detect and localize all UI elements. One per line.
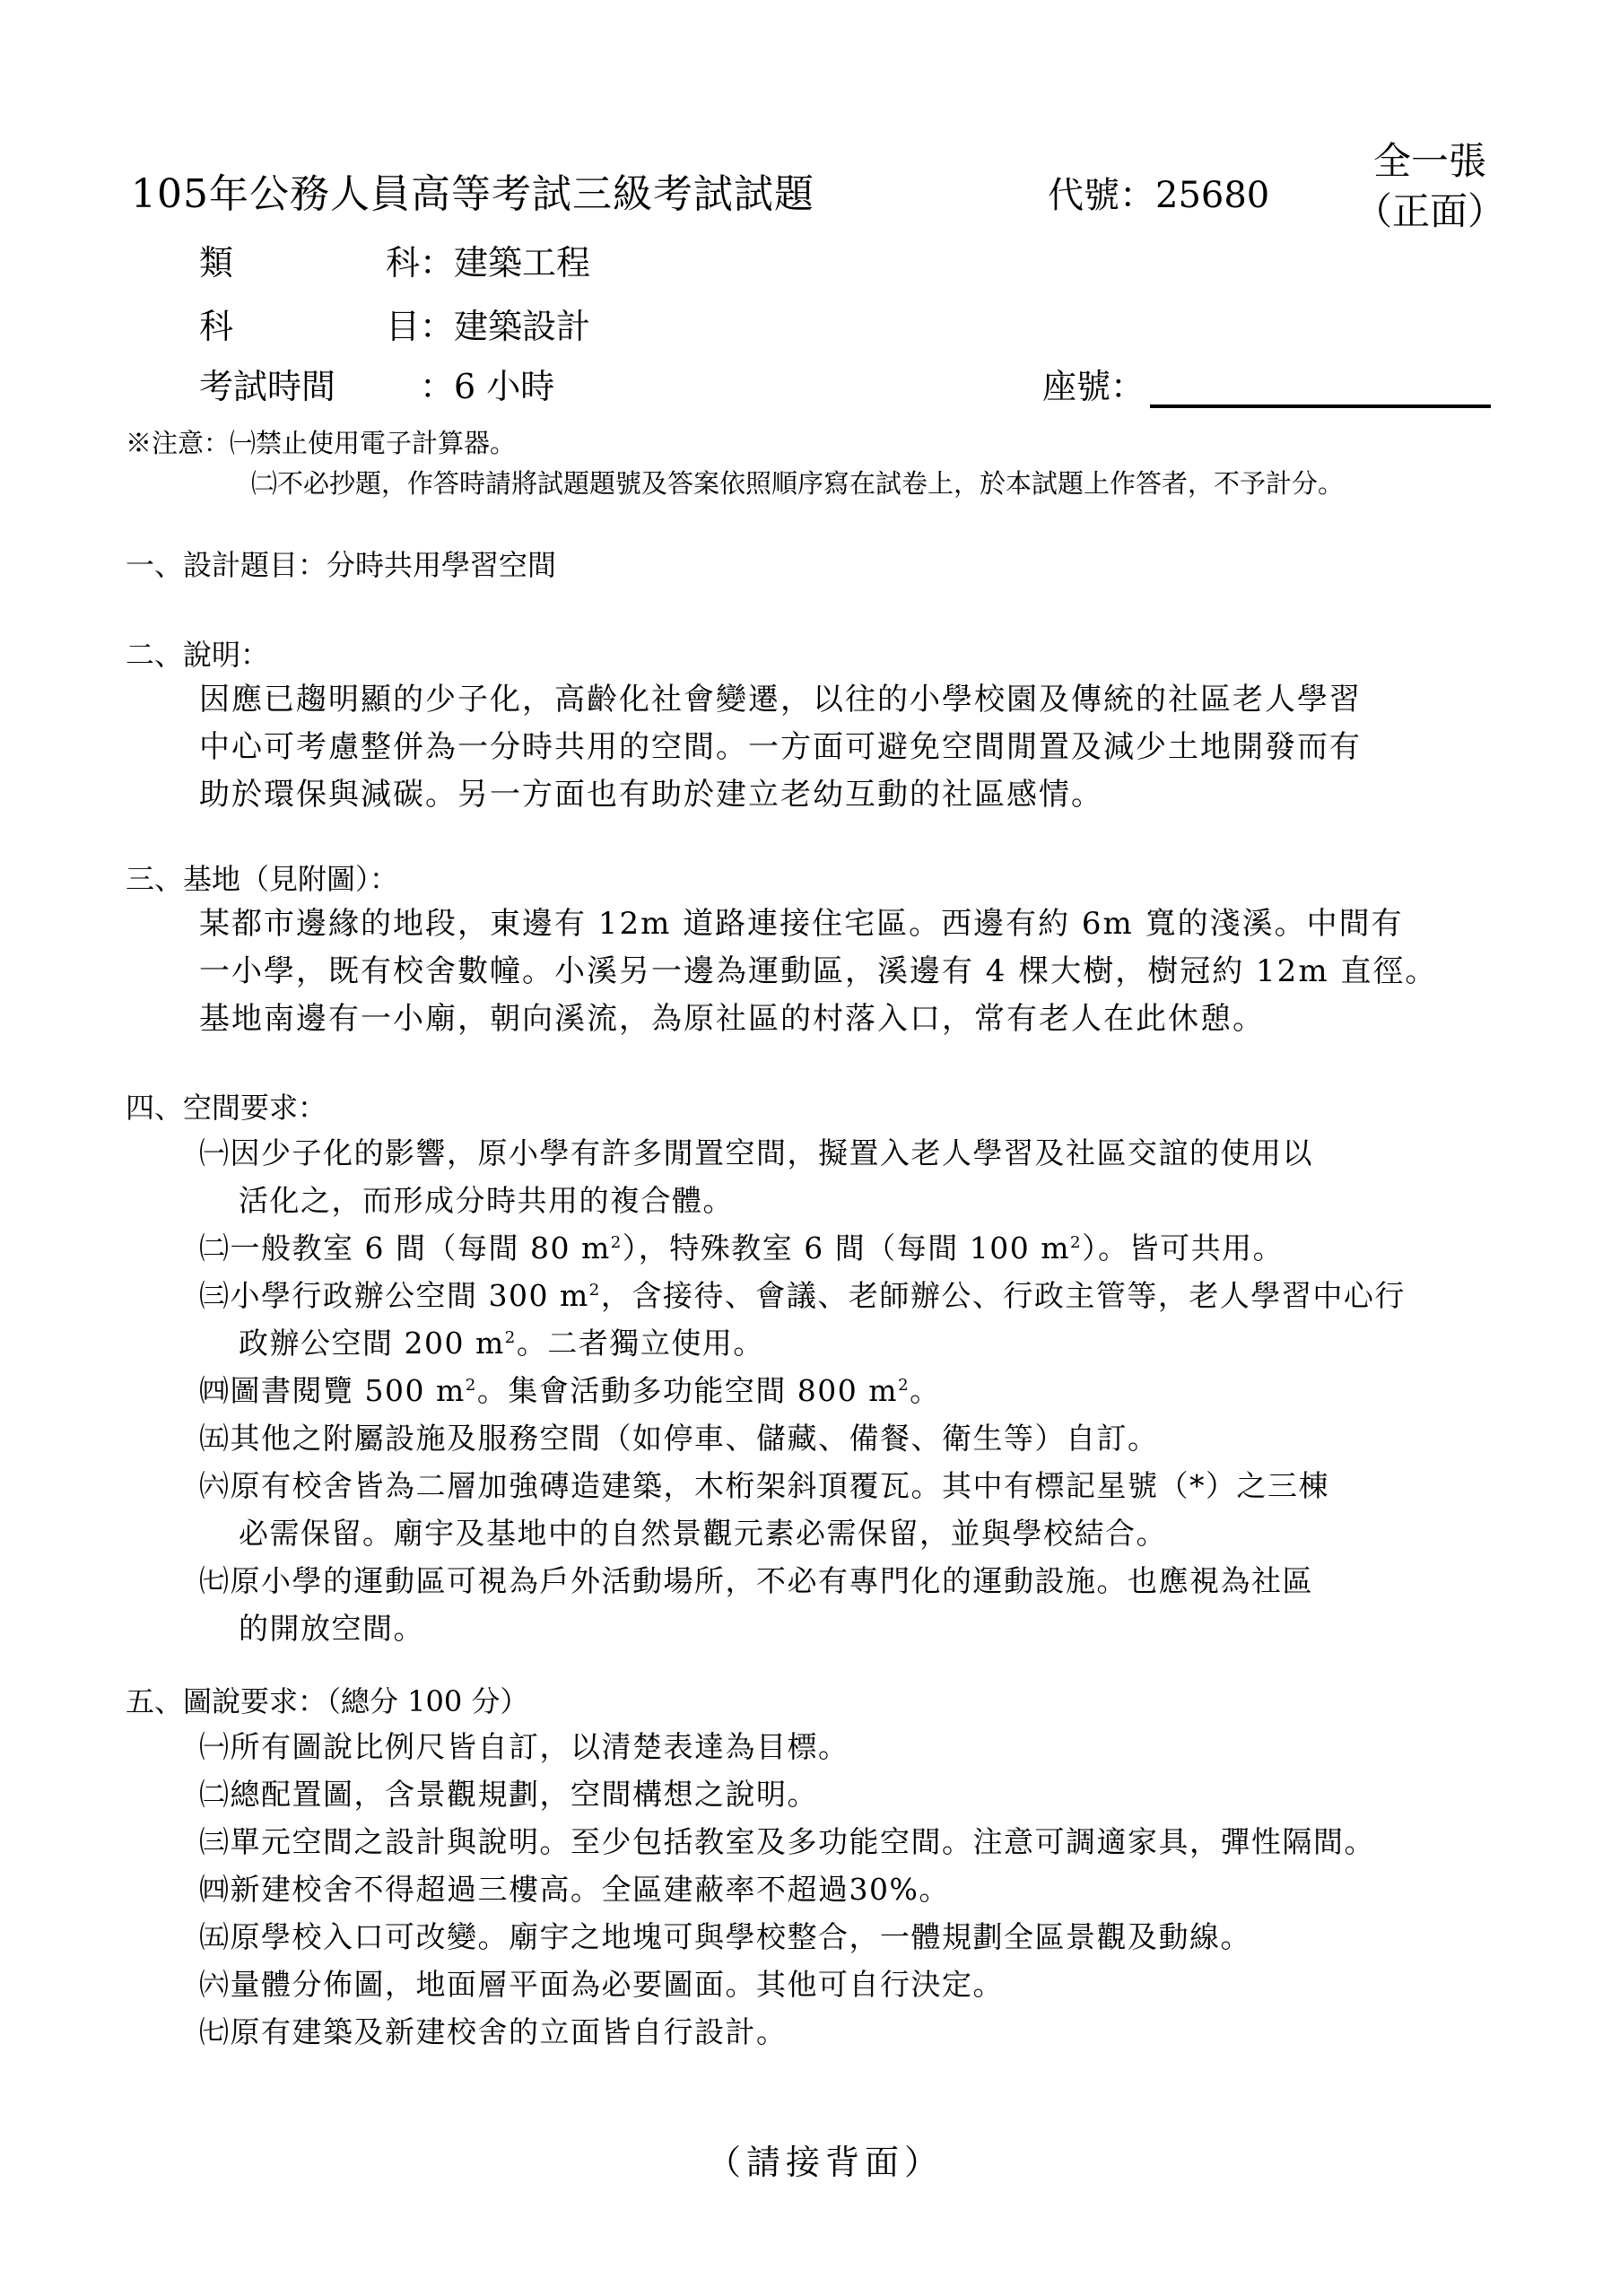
section-3-line-3: 基地南邊有一小廟，朝向溪流，為原社區的村落入口，常有老人在此休憩。	[199, 994, 1265, 1044]
subject-label-char2: 目	[386, 299, 420, 348]
superscript: 2	[611, 1233, 623, 1252]
section-4-heading: 四、空間要求：	[126, 1085, 327, 1126]
requirement-1-line-2: 活化之，而形成分時共用的複合體。	[239, 1178, 734, 1220]
subject-row: 科目：建築設計	[199, 299, 590, 348]
drawing-requirement-4: ㈣新建校舍不得超過三樓高。全區建蔽率不超過30%。	[199, 1866, 950, 1909]
drawing-requirement-7: ㈦原有建築及新建校舍的立面皆自行設計。	[199, 2009, 788, 2051]
exam-title: 105年公務人員高等考試三級考試試題	[131, 161, 814, 219]
subject-label-char1: 科	[199, 299, 233, 348]
note-prefix: ※注意：	[126, 428, 230, 458]
requirement-2-part-1: ㈡一般教室 6 間（每間 80 m	[199, 1231, 611, 1265]
drawing-requirement-3: ㈢單元空間之設計與說明。至少包括教室及多功能空間。注意可調適家具，彈性隔間。	[199, 1819, 1375, 1861]
note-2: ㈡不必抄題，作答時請將試題題號及答案依照順序寫在試卷上，於本試題上作答者，不予計…	[251, 464, 1344, 500]
requirement-3-line-1: ㈢小學行政辦公空間 300 m2，含接待、會議、老師辦公、行政主管等，老人學習中…	[199, 1273, 1406, 1315]
seat-number-field[interactable]	[1150, 372, 1491, 408]
requirement-4-part-2: 。集會活動多功能空間 800 m	[477, 1373, 898, 1408]
time-row: 考試時間：6 小時	[199, 359, 554, 408]
section-2-heading: 二、說明：	[126, 632, 269, 674]
section-2-line-2: 中心可考慮整併為一分時共用的空間。一方面可避免空間閒置及減少土地開發而有	[199, 722, 1362, 772]
superscript: 2	[505, 1328, 517, 1347]
sheet-indicator: 全一張 （正面）	[1354, 136, 1505, 237]
requirement-3-part-3: 政辦公空間 200 m	[239, 1326, 505, 1361]
requirement-3-part-2: ，含接待、會議、老師辦公、行政主管等，老人學習中心行	[601, 1278, 1406, 1313]
superscript: 2	[1070, 1233, 1082, 1252]
requirement-7-line-2: 的開放空間。	[239, 1605, 424, 1648]
requirement-2-part-3: ）。皆可共用。	[1082, 1231, 1284, 1265]
requirement-6-line-1: ㈥原有校舍皆為二層加強磚造建築，木桁架斜頂覆瓦。其中有標記星號（*）之三棟	[199, 1463, 1329, 1505]
category-label-char2: 科	[386, 235, 420, 284]
requirement-7-line-1: ㈦原小學的運動區可視為戶外活動場所，不必有專門化的運動設施。也應視為社區	[199, 1558, 1313, 1600]
superscript: 2	[589, 1281, 601, 1300]
exam-code-value: 25680	[1155, 175, 1269, 216]
section-3-line-2: 一小學，既有校舍數幢。小溪另一邊為運動區，溪邊有 4 棵大樹，樹冠約 12m 直…	[199, 946, 1437, 996]
requirement-2: ㈡一般教室 6 間（每間 80 m2），特殊教室 6 間（每間 100 m2）。…	[199, 1225, 1284, 1267]
drawing-requirement-5: ㈤原學校入口可改變。廟宇之地塊可與學校整合，一體規劃全區景觀及動線。	[199, 1914, 1251, 1956]
section-2-line-3: 助於環保與減碳。另一方面也有助於建立老幼互動的社區感情。	[199, 770, 1103, 820]
requirement-4-part-3: 。	[910, 1373, 941, 1408]
requirement-4: ㈣圖書閱覽 500 m2。集會活動多功能空間 800 m2。	[199, 1368, 941, 1410]
requirement-1-line-1: ㈠因少子化的影響，原小學有許多閒置空間，擬置入老人學習及社區交誼的使用以	[199, 1130, 1313, 1172]
sheet-count: 全一張	[1354, 136, 1505, 187]
seat-label: 座號：	[1042, 367, 1145, 406]
requirement-4-part-1: ㈣圖書閱覽 500 m	[199, 1373, 466, 1408]
subject-value: ：建築設計	[420, 307, 590, 346]
section-2-line-1: 因應已趨明顯的少子化，高齡化社會變遷，以往的小學校園及傳統的社區老人學習	[199, 674, 1362, 725]
section-1-heading: 一、設計題目：分時共用學習空間	[126, 543, 556, 584]
superscript: 2	[466, 1376, 477, 1395]
requirement-2-part-2: ），特殊教室 6 間（每間 100 m	[623, 1231, 1070, 1265]
superscript: 2	[898, 1376, 910, 1395]
continue-on-back-note: （請接背面）	[707, 2135, 944, 2184]
category-label: 類科	[199, 235, 420, 284]
section-5-heading: 五、圖說要求：（總分 100 分）	[126, 1679, 528, 1720]
requirement-5: ㈤其他之附屬設施及服務空間（如停車、儲藏、備餐、衛生等）自訂。	[199, 1415, 1159, 1457]
time-label: 考試時間	[199, 359, 420, 408]
category-row: 類科：建築工程	[199, 235, 590, 284]
category-value: ：建築工程	[420, 243, 590, 283]
exam-code-label: 代號：	[1048, 175, 1155, 216]
note-1: ※注意：㈠禁止使用電子計算器。	[126, 423, 516, 460]
drawing-requirement-1: ㈠所有圖說比例尺皆自訂，以清楚表達為目標。	[199, 1724, 849, 1766]
requirement-3-part-1: ㈢小學行政辦公空間 300 m	[199, 1278, 589, 1313]
sheet-side: （正面）	[1354, 187, 1505, 237]
requirement-6-line-2: 必需保留。廟宇及基地中的自然景觀元素必需保留，並與學校結合。	[239, 1510, 1167, 1552]
section-3-line-1: 某都市邊緣的地段，東邊有 12m 道路連接住宅區。西邊有約 6m 寬的淺溪。中間…	[199, 899, 1404, 949]
drawing-requirement-6: ㈥量體分佈圖，地面層平面為必要圖面。其他可自行決定。	[199, 1961, 1004, 2004]
section-3-heading: 三、基地（見附圖）：	[126, 857, 398, 898]
exam-code: 代號：25680	[1048, 167, 1269, 218]
seat-number-row: 座號：	[1042, 359, 1491, 408]
requirement-3-part-4: 。二者獨立使用。	[517, 1326, 764, 1361]
category-label-char1: 類	[199, 235, 233, 284]
time-value: ：6 小時	[420, 367, 554, 406]
requirement-3-line-2: 政辦公空間 200 m2。二者獨立使用。	[239, 1320, 764, 1362]
drawing-requirement-2: ㈡總配置圖，含景觀規劃，空間構想之說明。	[199, 1771, 818, 1813]
subject-label: 科目	[199, 299, 420, 348]
note-1-text: ㈠禁止使用電子計算器。	[230, 428, 516, 458]
